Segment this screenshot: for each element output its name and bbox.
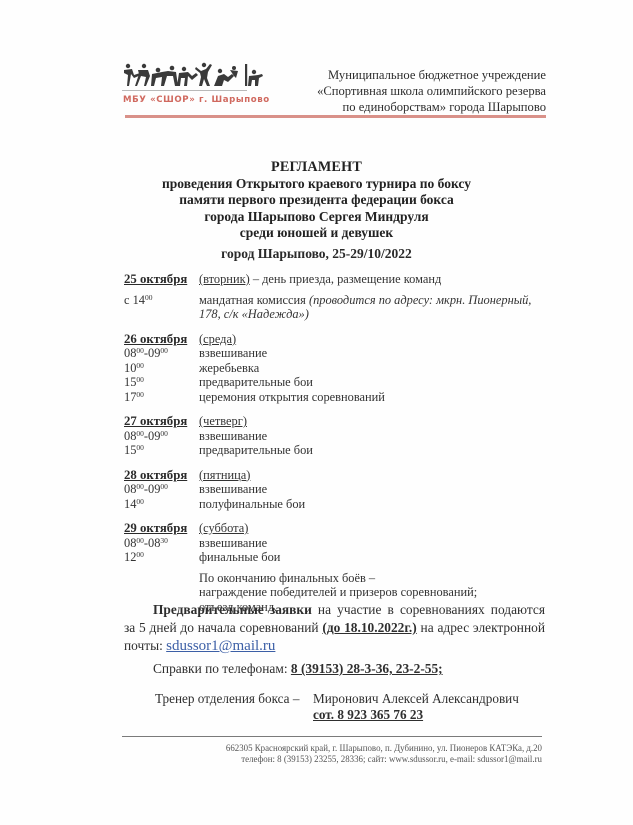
applications-lead: Предварительные заявки bbox=[153, 602, 312, 617]
org-line: Муниципальное бюджетное учреждение bbox=[317, 67, 546, 83]
email-link[interactable]: sdussor1@mail.ru bbox=[166, 638, 275, 654]
schedule-row: 25 октября (вторник) – день приезда, раз… bbox=[124, 272, 554, 287]
phones-numbers: 8 (39153) 28-3-36, 23-2-55; bbox=[291, 661, 443, 676]
title-line: памяти первого президента федерации бокс… bbox=[0, 192, 633, 208]
event-time: 0800-0900 bbox=[124, 346, 199, 361]
fighters-silhouettes-icon bbox=[122, 62, 272, 88]
deadline: (до 18.10.2022г.) bbox=[322, 620, 416, 635]
day-date: 29 октября bbox=[124, 521, 187, 535]
footer-address: 662305 Красноярский край, г. Шарыпово, п… bbox=[226, 743, 542, 765]
day-weekday: (пятница) bbox=[199, 468, 250, 482]
day-date: 27 октября bbox=[124, 414, 187, 428]
event-time: с 1400 bbox=[124, 293, 199, 322]
schedule-row: 1400 полуфинальные бои bbox=[124, 497, 554, 512]
organization-name: Муниципальное бюджетное учреждение «Спор… bbox=[317, 67, 546, 115]
day-weekday: (суббота) bbox=[199, 521, 248, 535]
schedule-row: 0800-0900 взвешивание bbox=[124, 482, 554, 497]
day-date: 26 октября bbox=[124, 332, 187, 346]
applications-paragraph: Предварительные заявки на участие в соре… bbox=[124, 601, 545, 655]
coach-name: Миронович Алексей Александрович bbox=[313, 691, 519, 707]
event-time: 0800-0900 bbox=[124, 429, 199, 444]
coach-phone: сот. 8 923 365 76 23 bbox=[313, 707, 423, 723]
org-line: «Спортивная школа олимпийского резерва bbox=[317, 83, 546, 99]
schedule-row: 1500 предварительные бои bbox=[124, 375, 554, 390]
event-name: жеребьевка bbox=[199, 361, 554, 376]
event-name: взвешивание bbox=[199, 536, 554, 551]
schedule-row: с 1400 мандатная комиссия (проводится по… bbox=[124, 293, 554, 322]
footer-line: 662305 Красноярский край, г. Шарыпово, п… bbox=[226, 743, 542, 754]
schedule-row: 1500 предварительные бои bbox=[124, 443, 554, 458]
event-name: мандатная комиссия bbox=[199, 293, 309, 307]
event-name: предварительные бои bbox=[199, 443, 554, 458]
title-heading: РЕГЛАМЕНТ bbox=[0, 159, 633, 176]
event-name: взвешивание bbox=[199, 429, 554, 444]
event-time: 1400 bbox=[124, 497, 199, 512]
schedule-row: 0800-0900 взвешивание bbox=[124, 346, 554, 361]
event-name: предварительные бои bbox=[199, 375, 554, 390]
footer-line: телефон: 8 (39153) 23255, 28336; сайт: w… bbox=[226, 754, 542, 765]
coach-label: Тренер отделения бокса – bbox=[155, 691, 299, 707]
footer-divider bbox=[122, 736, 542, 737]
event-name: финальные бои bbox=[199, 550, 554, 565]
closing-line: По окончанию финальных боёв – bbox=[199, 571, 554, 586]
closing-line: награждение победителей и призеров сорев… bbox=[199, 585, 554, 600]
day-weekday: (четверг) bbox=[199, 414, 247, 428]
document-title: РЕГЛАМЕНТ проведения Открытого краевого … bbox=[0, 159, 633, 241]
day-date: 25 октября bbox=[124, 272, 187, 286]
day-weekday: (среда) bbox=[199, 332, 236, 346]
logo-divider bbox=[122, 90, 247, 91]
event-name: взвешивание bbox=[199, 346, 554, 361]
document-page: МБУ «СШОР» г. Шарыпово Муниципальное бюд… bbox=[0, 0, 633, 825]
schedule-row: 1200 финальные бои bbox=[124, 550, 554, 565]
schedule-row: 1000 жеребьевка bbox=[124, 361, 554, 376]
schedule-row: 0800-0900 взвешивание bbox=[124, 429, 554, 444]
schedule-day-28: 28 октября (пятница) 0800-0900 взвешиван… bbox=[124, 468, 554, 512]
schedule-day-27: 27 октября (четверг) 0800-0900 взвешиван… bbox=[124, 414, 554, 458]
title-line: города Шарыпово Сергея Миндруля bbox=[0, 209, 633, 225]
schedule-day-26: 26 октября (среда) 0800-0900 взвешивание… bbox=[124, 332, 554, 405]
schedule-row: 0800-0830 взвешивание bbox=[124, 536, 554, 551]
event-time: 1000 bbox=[124, 361, 199, 376]
schedule-day-29: 29 октября (суббота) 0800-0830 взвешиван… bbox=[124, 521, 554, 565]
logo-caption: МБУ «СШОР» г. Шарыпово bbox=[123, 95, 270, 105]
event-time: 1500 bbox=[124, 375, 199, 390]
org-line: по единоборствам» города Шарыпово bbox=[317, 99, 546, 115]
schedule-day-25: 25 октября (вторник) – день приезда, раз… bbox=[124, 272, 554, 322]
event-time: 0800-0830 bbox=[124, 536, 199, 551]
title-line: проведения Открытого краевого турнира по… bbox=[0, 176, 633, 192]
day-note: – день приезда, размещение команд bbox=[250, 272, 442, 286]
event-name: взвешивание bbox=[199, 482, 554, 497]
title-line: среди юношей и девушек bbox=[0, 225, 633, 241]
event-time: 1700 bbox=[124, 390, 199, 405]
schedule: 25 октября (вторник) – день приезда, раз… bbox=[124, 272, 554, 614]
event-time: 1200 bbox=[124, 550, 199, 565]
event-time: 0800-0900 bbox=[124, 482, 199, 497]
phones-label: Справки по телефонам: bbox=[153, 661, 291, 676]
day-date: 28 октября bbox=[124, 468, 187, 482]
school-logo: МБУ «СШОР» г. Шарыпово bbox=[122, 62, 272, 110]
city-date: город Шарыпово, 25-29/10/2022 bbox=[0, 246, 633, 262]
event-name: церемония открытия соревнований bbox=[199, 390, 554, 405]
event-time: 1500 bbox=[124, 443, 199, 458]
day-weekday: (вторник) bbox=[199, 272, 250, 286]
event-name: полуфинальные бои bbox=[199, 497, 554, 512]
header-divider bbox=[125, 115, 546, 118]
schedule-row: 1700 церемония открытия соревнований bbox=[124, 390, 554, 405]
contact-phones: Справки по телефонам: 8 (39153) 28-3-36,… bbox=[153, 661, 443, 677]
